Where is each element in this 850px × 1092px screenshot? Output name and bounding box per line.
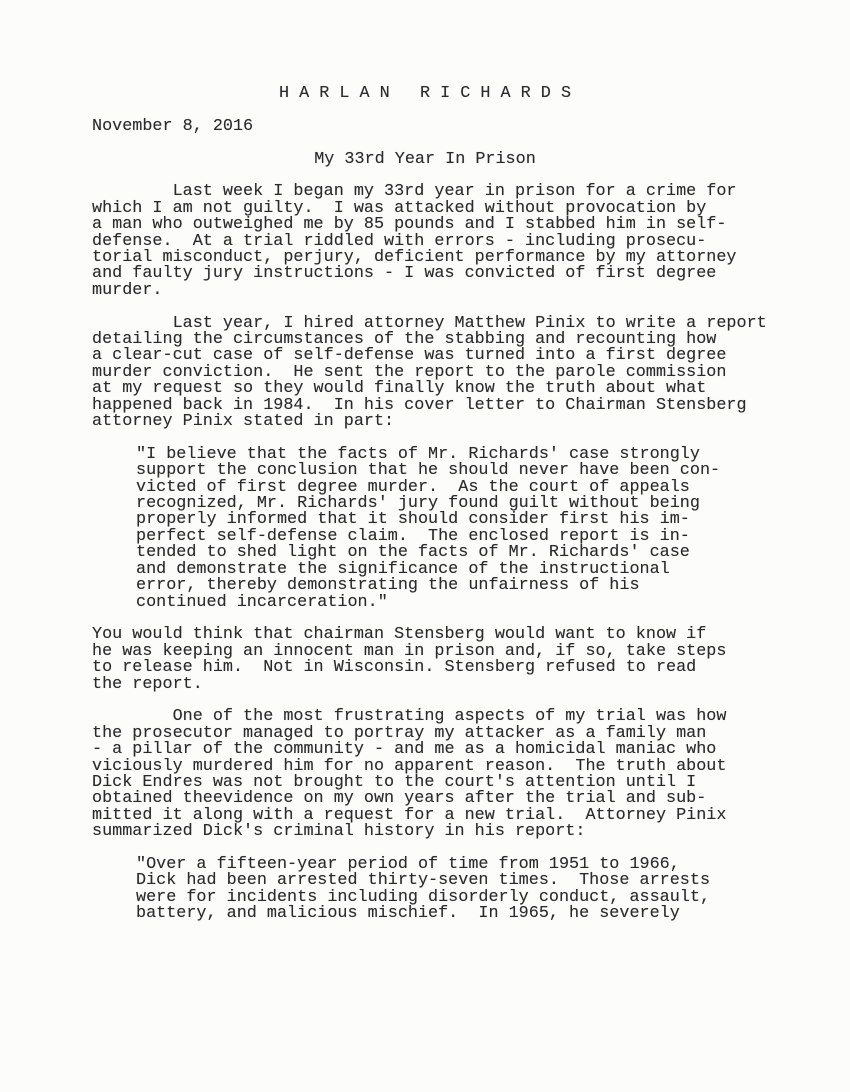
paragraph-2: Last year, I hired attorney Matthew Pini… xyxy=(92,316,850,431)
document-page: H A R L A N R I C H A R D S November 8, … xyxy=(0,0,850,1092)
author-name-header: H A R L A N R I C H A R D S xyxy=(0,86,850,102)
paragraph-4: One of the most frustrating aspects of m… xyxy=(92,709,850,840)
paragraph-1: Last week I began my 33rd year in prison… xyxy=(92,184,850,299)
blockquote-2: "Over a fifteen-year period of time from… xyxy=(136,857,850,923)
document-title: My 33rd Year In Prison xyxy=(0,152,850,168)
date-line: November 8, 2016 xyxy=(92,119,850,135)
blockquote-1: "I believe that the facts of Mr. Richard… xyxy=(136,447,850,611)
paragraph-3: You would think that chairman Stensberg … xyxy=(92,627,850,693)
